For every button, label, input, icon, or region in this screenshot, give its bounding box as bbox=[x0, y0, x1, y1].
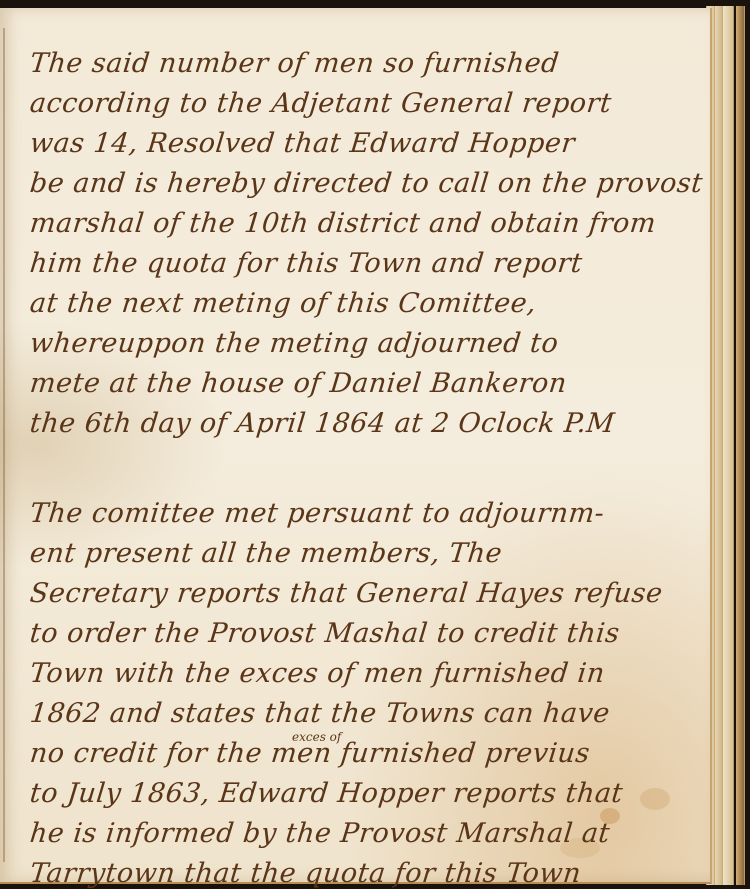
text-line: was 14, Resolved that Edward Hopper bbox=[28, 124, 712, 164]
text-line: at the next meting of this Comittee, bbox=[28, 284, 712, 324]
text-line: to July 1863, Edward Hopper reports that bbox=[28, 774, 712, 814]
text-line: the 6th day of April 1864 at 2 Oclock P.… bbox=[28, 404, 712, 444]
text-line: mete at the house of Daniel Bankeron bbox=[28, 364, 712, 404]
text-line: The comittee met persuant to adjournm- bbox=[28, 494, 712, 534]
text-line: be and is hereby directed to call on the… bbox=[28, 164, 712, 204]
text-line: according to the Adjetant General report bbox=[28, 84, 712, 124]
binding-shadow bbox=[3, 28, 5, 862]
text-line: 1862 and states that the Towns can have bbox=[28, 694, 712, 734]
text-line: whereuppon the meting adjourned to bbox=[28, 324, 712, 364]
manuscript-scan: The said number of men so furnished acco… bbox=[0, 0, 750, 889]
text-line: him the quota for this Town and report bbox=[28, 244, 712, 284]
text-line: no credit for the men furnished previus bbox=[28, 734, 712, 774]
text-line: ent present all the members, The bbox=[28, 534, 712, 574]
text-line: marshal of the 10th district and obtain … bbox=[28, 204, 712, 244]
text-line: he is informed by the Provost Marshal at bbox=[28, 814, 712, 854]
text-line: The said number of men so furnished bbox=[28, 44, 712, 84]
handwritten-text: The said number of men so furnished acco… bbox=[30, 44, 710, 889]
page-edge bbox=[736, 6, 745, 885]
paragraph-2: The comittee met persuant to adjournm- e… bbox=[30, 494, 710, 889]
page-edge bbox=[722, 6, 734, 885]
paragraph-1: The said number of men so furnished acco… bbox=[30, 44, 710, 444]
text-line: Secretary reports that General Hayes ref… bbox=[28, 574, 712, 614]
manuscript-page: The said number of men so furnished acco… bbox=[0, 8, 712, 884]
text-line: to order the Provost Mashal to credit th… bbox=[28, 614, 712, 654]
text-line: Tarrytown that the quota for this Town bbox=[28, 854, 712, 889]
text-line: Town with the exces of men furnished in bbox=[28, 654, 712, 694]
